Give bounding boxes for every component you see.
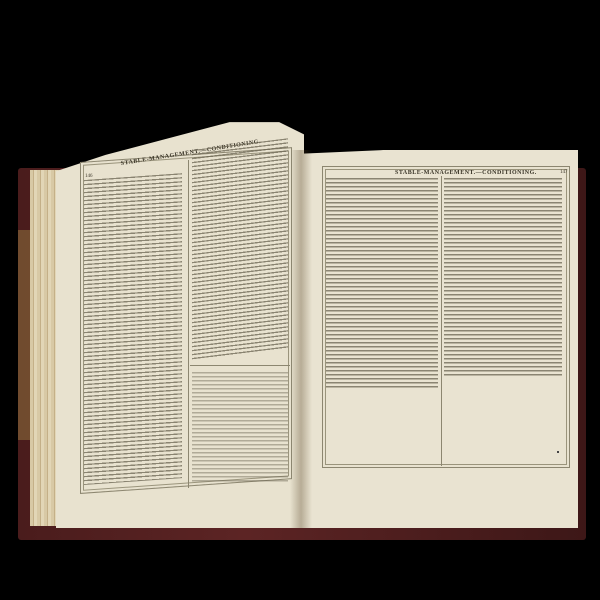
right-page-column-1-text — [326, 178, 438, 388]
printer-mark — [557, 451, 559, 453]
footnote-rule — [190, 365, 290, 366]
right-page-column-2-text — [444, 178, 562, 378]
left-page-column-2-text — [192, 138, 288, 360]
right-page-number: 147 — [560, 170, 568, 175]
book-gutter — [290, 150, 312, 528]
book-photo: STABLE-MANAGEMENT.—CONDITIONING. STABLE-… — [0, 0, 600, 600]
page-edges — [30, 170, 60, 526]
left-page-column-1-text — [84, 173, 182, 485]
left-page-number: 146 — [85, 174, 93, 179]
worn-spine-strip — [18, 230, 30, 440]
right-column-divider — [441, 176, 442, 466]
right-running-head: STABLE-MANAGEMENT.—CONDITIONING. — [395, 170, 537, 176]
left-page-footnote-text — [192, 372, 288, 482]
left-column-divider — [188, 160, 189, 488]
